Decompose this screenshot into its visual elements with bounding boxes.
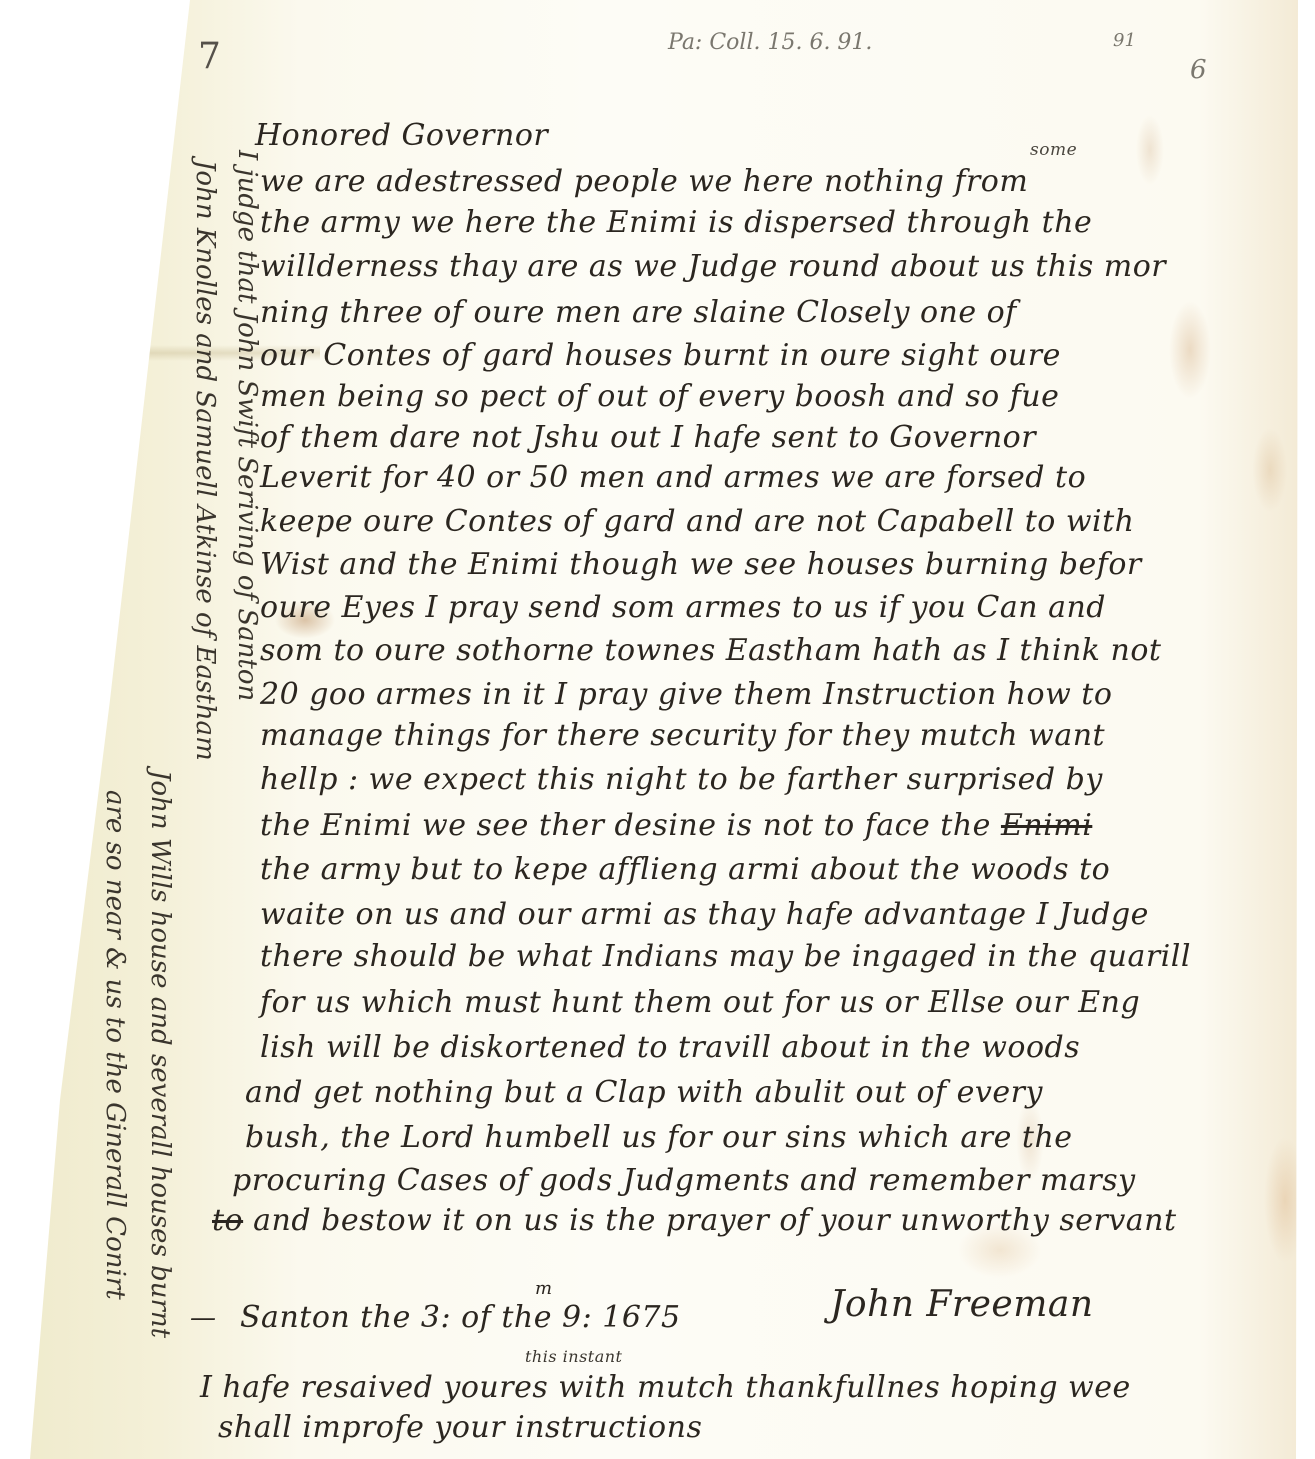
folio-number-left: 7 <box>198 36 221 77</box>
letter-line: Wist and the Enimi though we see houses … <box>260 547 1142 582</box>
letter-line: oure Eyes I pray send som armes to us if… <box>260 590 1106 625</box>
letter-line: 20 goo armes in it I pray give them Inst… <box>260 677 1112 712</box>
manuscript-page: 7 Pa: Coll. 15. 6. 91. 91 6 Honored Gove… <box>0 0 1315 1459</box>
letter-line: men being so pect of out of every boosh … <box>260 379 1059 414</box>
letter-line: procuring Cases of gods Judgments and re… <box>232 1163 1136 1198</box>
dateline: Santon the 3: of the 9: 1675 <box>240 1300 681 1335</box>
letter-line: bush, the Lord humbell us for our sins w… <box>245 1120 1073 1155</box>
letter-line: ning three of oure men are slaine Closel… <box>260 295 1017 330</box>
margin-note: John Wills house and severall houses bur… <box>145 770 175 1338</box>
interlinear-insertion: some <box>1030 140 1077 160</box>
letter-line: willderness thay are as we Judge round a… <box>260 249 1166 284</box>
letter-line: som to oure sothorne townes Eastham hath… <box>260 633 1161 668</box>
margin-note: John Knolles and Samuell Atkinse of East… <box>190 160 220 761</box>
signature: John Freeman <box>830 1284 1094 1325</box>
salutation: Honored Governor <box>255 118 548 153</box>
letter-line: lish will be diskortened to travill abou… <box>260 1030 1080 1065</box>
struck-word: Enimi <box>1001 808 1092 843</box>
letter-line-text: and bestow it on us is the prayer of you… <box>253 1203 1176 1238</box>
letter-line-text: the Enimi we see ther desine is not to f… <box>260 808 991 843</box>
folio-number-right: 91 <box>1113 30 1136 51</box>
letter-line: our Contes of gard houses burnt in oure … <box>260 338 1061 373</box>
letter-line: and get nothing but a Clap with abulit o… <box>245 1075 1043 1110</box>
dash-mark: — <box>190 1303 217 1333</box>
letter-line: waite on us and our armi as thay hafe ad… <box>260 897 1149 932</box>
margin-note: I judge that John Swift Seriving of Sant… <box>232 150 262 701</box>
archive-reference: Pa: Coll. 15. 6. 91. <box>668 30 872 55</box>
letter-line: hellp : we expect this night to be farth… <box>260 762 1103 797</box>
letter-line: the Enimi we see ther desine is not to f… <box>260 808 1092 843</box>
struck-word: to <box>212 1203 243 1238</box>
letter-line: manage things for there security for the… <box>260 718 1105 753</box>
letter-line: Leverit for 40 or 50 men and armes we ar… <box>260 460 1086 495</box>
letter-line: for us which must hunt them out for us o… <box>260 985 1140 1020</box>
postscript-line: I hafe resaived youres with mutch thankf… <box>200 1370 1131 1405</box>
letter-line: to and bestow it on us is the prayer of … <box>212 1203 1177 1238</box>
dateline-interlinear: this instant <box>525 1347 622 1366</box>
letter-line: of them dare not Jshu out I hafe sent to… <box>260 420 1036 455</box>
letter-line: we are adestressed people we here nothin… <box>260 164 1028 199</box>
letter-line: there should be what Indians may be inga… <box>260 939 1191 974</box>
folio-mark-right: 6 <box>1190 55 1207 85</box>
date-superscript: m <box>535 1278 553 1299</box>
margin-note: are so near & us to the Ginerall Conirt <box>100 790 130 1300</box>
letter-line: keepe oure Contes of gard and are not Ca… <box>260 504 1135 539</box>
letter-line: the army but to kepe afflieng armi about… <box>260 852 1110 887</box>
letter-line: the army we here the Enimi is dispersed … <box>260 205 1092 240</box>
postscript-line: shall improfe your instructions <box>218 1410 702 1445</box>
